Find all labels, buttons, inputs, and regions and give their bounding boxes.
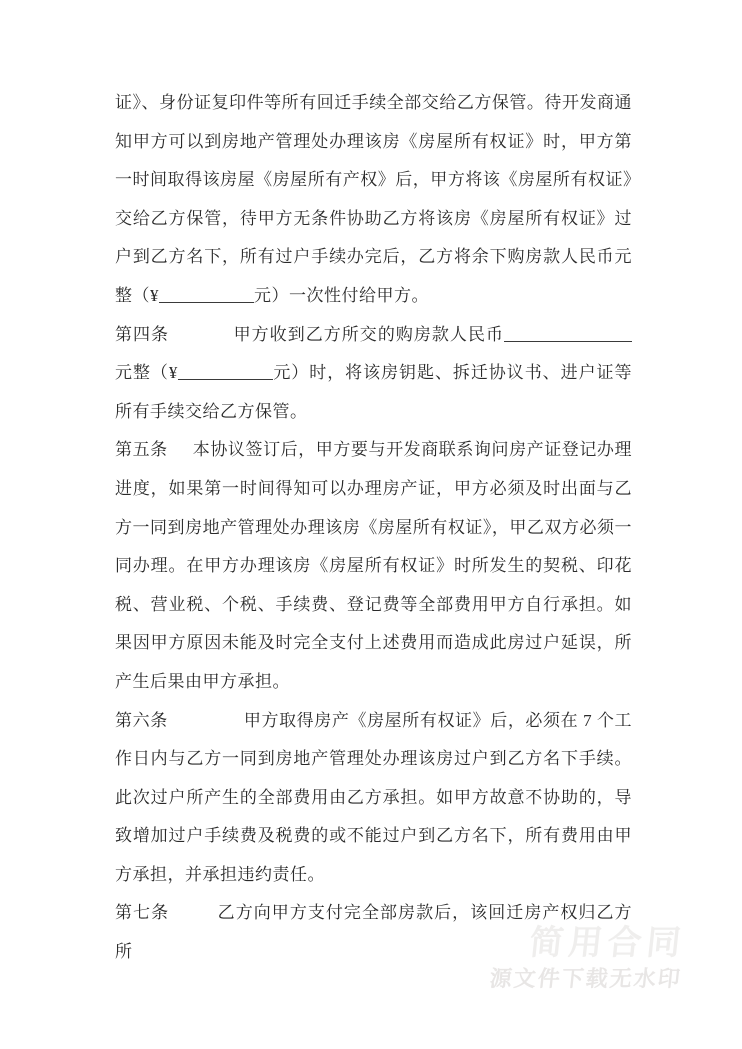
- tab-spacer: [169, 339, 233, 340]
- paragraph-text: 元）一次性付给甲方。: [254, 286, 429, 305]
- paragraph-text: 元整（¥: [115, 363, 178, 382]
- paragraph-text: 甲方取得房产《房屋所有权证》后，必须在 7 个工作日内与乙方一同到房地产管理处办…: [115, 711, 632, 884]
- clause-4-label: 第四条: [115, 325, 169, 344]
- clause-7-label: 第七条: [115, 903, 169, 922]
- clause-4-paragraph: 第四条甲方收到乙方所交的购房款人民币元整（¥元）时，将该房钥匙、拆迁协议书、进户…: [115, 316, 632, 432]
- fill-in-blank-amount: [159, 285, 254, 303]
- paragraph-text: 本协议签订后，甲方要与开发商联系询问房产证登记办理进度，如果第一时间得知可以办理…: [115, 440, 632, 691]
- paragraph-continuation: 证》、身份证复印件等所有回迁手续全部交给乙方保管。待开发商通知甲方可以到房地产管…: [115, 84, 632, 316]
- tab-spacer: [168, 454, 193, 455]
- clause-6-label: 第六条: [115, 711, 168, 730]
- contract-text-column: 证》、身份证复印件等所有回迁手续全部交给乙方保管。待开发商通知甲方可以到房地产管…: [115, 84, 632, 972]
- tab-spacer: [168, 725, 244, 726]
- clause-6-paragraph: 第六条甲方取得房产《房屋所有权证》后，必须在 7 个工作日内与乙方一同到房地产管…: [115, 702, 632, 895]
- clause-5-paragraph: 第五条本协议签订后，甲方要与开发商联系询问房产证登记办理进度，如果第一时间得知可…: [115, 431, 632, 701]
- paragraph-text: 甲方收到乙方所交的购房款人民币: [233, 325, 504, 344]
- paragraph-text: 证》、身份证复印件等所有回迁手续全部交给乙方保管。待开发商通知甲方可以到房地产管…: [115, 93, 632, 305]
- watermark-tagline-text: 源文件下载无水印: [489, 968, 683, 990]
- fill-in-blank-amount: [178, 362, 273, 380]
- clause-5-label: 第五条: [115, 440, 168, 459]
- contract-document-page: 证》、身份证复印件等所有回迁手续全部交给乙方保管。待开发商通知甲方可以到房地产管…: [0, 0, 742, 1049]
- fill-in-blank-amount: [504, 324, 632, 342]
- site-watermark: 简用合同 源文件下载无水印: [489, 926, 688, 990]
- watermark-brand-text: 简用合同: [492, 926, 688, 960]
- tab-spacer: [169, 917, 217, 918]
